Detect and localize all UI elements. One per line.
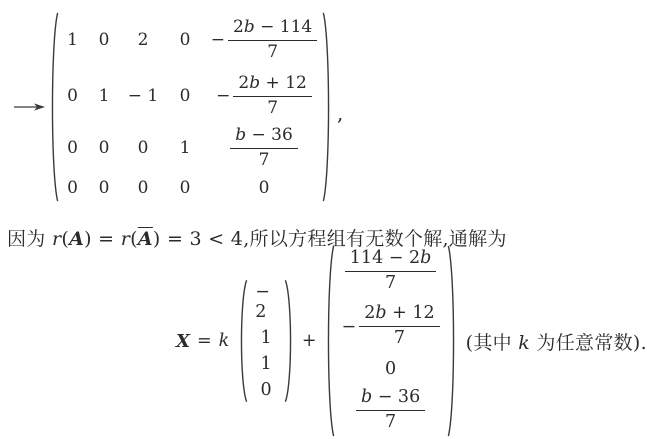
trailing-comma: , [337, 103, 343, 123]
fraction-numerator: 2b + 12 [359, 303, 439, 327]
vector-entry-fraction: − 2b + 12 7 [342, 303, 440, 350]
vector-entries: − 2 1 1 0 [248, 279, 284, 403]
matrix-A-bar-symbol: A [138, 228, 153, 250]
right-arrow-icon [13, 101, 46, 113]
matrix-entry: 0 [138, 138, 149, 158]
fraction-numerator: b − 36 [356, 387, 425, 411]
left-paren [324, 244, 335, 438]
vector-entry: 0 [385, 359, 396, 379]
rank-function: r( [121, 228, 138, 250]
fraction-sign: − [211, 30, 225, 50]
vector-entry-fraction: 114 − 2b 7 [345, 248, 437, 295]
vector-entries: 114 − 2b 7 − 2b + 12 7 0 b − 36 [335, 244, 447, 438]
fraction-sign: − [342, 317, 357, 337]
matrix-entry: 0 [180, 30, 191, 50]
arbitrary-constant-note: (其中 k 为任意常数). [466, 328, 647, 355]
matrix-entry: 1 [180, 138, 191, 158]
matrix-entries: 1 0 2 0 − 2b − 114 7 0 1 − 1 0 − [59, 11, 322, 203]
plus-sign: + [302, 331, 317, 351]
matrix-entry-fraction: − 2b + 12 7 [216, 73, 312, 119]
matrix-entry: 0 [99, 178, 110, 198]
fraction-stack: 114 − 2b 7 [345, 248, 437, 295]
note-close-text: 为任意常数). [530, 332, 647, 354]
augmented-matrix: 1 0 2 0 − 2b − 114 7 0 1 − 1 0 − [48, 11, 333, 203]
equals-text: ) = [84, 228, 121, 250]
particular-vector: 114 − 2b 7 − 2b + 12 7 0 b − 36 [324, 244, 458, 438]
fraction-denominator: 7 [259, 149, 270, 171]
k-symbol: k [518, 332, 530, 354]
fraction-stack: b − 36 7 [356, 387, 425, 434]
matrix-entry: 0 [67, 178, 78, 198]
right-paren [447, 244, 458, 438]
left-paren [237, 279, 248, 403]
vector-entry: 0 [260, 380, 271, 400]
matrix-entry: 0 [180, 86, 191, 106]
fraction-numerator: b − 36 [230, 125, 298, 148]
vector-entry-fraction: b − 36 7 [356, 387, 425, 434]
k-coefficient: k [219, 331, 230, 351]
rank-function: r( [52, 228, 69, 250]
matrix-entry: 0 [259, 178, 270, 198]
fraction-stack: 2b + 12 7 [233, 73, 311, 119]
fraction-denominator: 7 [394, 327, 405, 350]
matrix-entry: 1 [67, 30, 78, 50]
matrix-entry: 1 [99, 86, 110, 106]
note-open-text: (其中 [466, 332, 519, 354]
vector-entry: 1 [260, 328, 271, 348]
vector-entry: 1 [260, 354, 271, 374]
because-text: 因为 [7, 228, 52, 250]
left-paren [48, 11, 59, 203]
fraction-stack: 2b + 12 7 [359, 303, 439, 350]
matrix-entry: 0 [99, 30, 110, 50]
matrix-entry-fraction: − 2b − 114 7 [211, 17, 317, 63]
fraction-numerator: 2b + 12 [233, 73, 311, 96]
fraction-denominator: 7 [385, 411, 396, 434]
fraction-denominator: 7 [385, 272, 396, 295]
matrix-entry: 0 [180, 178, 191, 198]
matrix-A-symbol: A [69, 228, 84, 250]
fraction-numerator: 2b − 114 [228, 17, 317, 40]
matrix-entry: 0 [99, 138, 110, 158]
X-symbol: X [176, 331, 190, 352]
right-paren [284, 279, 295, 403]
matrix-entry: − 1 [128, 86, 158, 106]
fraction-denominator: 7 [267, 41, 278, 63]
matrix-entry: 0 [67, 86, 78, 106]
row-reduction-result: 1 0 2 0 − 2b − 114 7 0 1 − 1 0 − [13, 11, 343, 203]
general-solution-equation: X = k − 2 1 1 0 + [176, 243, 647, 439]
textbook-solution-page: 1 0 2 0 − 2b − 114 7 0 1 − 1 0 − [0, 0, 647, 439]
matrix-entry-fraction: b − 36 7 [230, 125, 298, 171]
basis-vector: − 2 1 1 0 [237, 279, 295, 403]
matrix-entry: 0 [67, 138, 78, 158]
matrix-entry: 2 [138, 30, 149, 50]
fraction-denominator: 7 [267, 97, 278, 119]
fraction-stack: 2b − 114 7 [228, 17, 317, 63]
equals-sign: = [197, 331, 212, 351]
fraction-sign: − [216, 86, 230, 106]
fraction-numerator: 114 − 2b [345, 248, 437, 272]
matrix-entry: 0 [138, 178, 149, 198]
fraction-stack: b − 36 7 [230, 125, 298, 171]
right-paren [322, 11, 333, 203]
vector-entry: − 2 [255, 282, 277, 322]
